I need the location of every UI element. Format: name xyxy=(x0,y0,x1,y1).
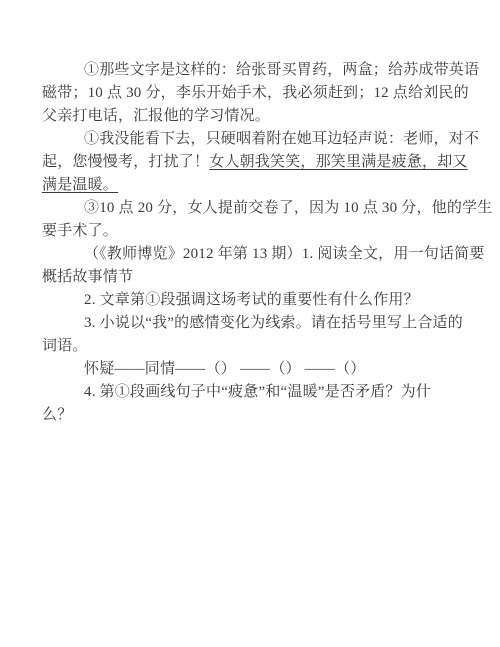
text-line: 词语。 xyxy=(42,335,462,358)
text-segment: 起，您慢慢考，打扰了！ xyxy=(42,154,209,170)
emotion-sequence-blanks: 怀疑——同情——（） ——（） ——（） xyxy=(42,358,462,381)
text-line: ①那些文字是这样的：给张哥买胃药，两盒；给苏成带英语 xyxy=(42,59,462,82)
text-line: ③10 点 20 分，女人提前交卷了，因为 10 点 30 分，他的学生 xyxy=(42,197,462,220)
text-line: 概括故事情节 xyxy=(42,266,462,289)
story-paragraph-3: ③10 点 20 分，女人提前交卷了，因为 10 点 30 分，他的学生 要手术… xyxy=(42,197,462,243)
text-line: ①我没能看下去，只硬咽着附在她耳边轻声说：老师，对不 xyxy=(42,128,462,151)
text-line: 3. 小说以“我”的感情变化为线索。请在括号里写上合适的 xyxy=(42,312,462,335)
question-4: 4. 第①段画线句子中“疲惫”和“温暖”是否矛盾？为什 么？ xyxy=(42,381,462,427)
underlined-text: 满是温暖。 xyxy=(42,177,118,193)
text-line: 么？ xyxy=(42,404,462,427)
text-line: 要手术了。 xyxy=(42,220,462,243)
text-line: 4. 第①段画线句子中“疲惫”和“温暖”是否矛盾？为什 xyxy=(42,381,462,404)
text-line: （《教师博览》2012 年第 13 期）1. 阅读全文，用一句话简要 xyxy=(42,243,462,266)
source-citation-and-question-1: （《教师博览》2012 年第 13 期）1. 阅读全文，用一句话简要 概括故事情… xyxy=(42,243,462,289)
text-line: 起，您慢慢考，打扰了！女人朝我笑笑，那笑里满是疲惫，却又 xyxy=(42,151,462,174)
text-line: 2. 文章第①段强调这场考试的重要性有什么作用？ xyxy=(42,289,462,312)
story-paragraph-1: ①那些文字是这样的：给张哥买胃药，两盒；给苏成带英语 磁带；10 点 30 分，… xyxy=(42,59,462,128)
question-2: 2. 文章第①段强调这场考试的重要性有什么作用？ xyxy=(42,289,462,312)
story-paragraph-2: ①我没能看下去，只硬咽着附在她耳边轻声说：老师，对不 起，您慢慢考，打扰了！女人… xyxy=(42,128,462,197)
text-line: 磁带；10 点 30 分，李乐开始手术，我必须赶到；12 点给刘民的 xyxy=(42,82,462,105)
question-3: 3. 小说以“我”的感情变化为线索。请在括号里写上合适的 词语。 xyxy=(42,312,462,358)
document-page: ①那些文字是这样的：给张哥买胃药，两盒；给苏成带英语 磁带；10 点 30 分，… xyxy=(0,0,500,647)
text-line: 怀疑——同情——（） ——（） ——（） xyxy=(42,358,462,381)
text-line: 父亲打电话，汇报他的学习情况。 xyxy=(42,105,462,128)
underlined-text: 女人朝我笑笑，那笑里满是疲惫，却又 xyxy=(209,154,467,170)
text-line: 满是温暖。 xyxy=(42,174,462,197)
